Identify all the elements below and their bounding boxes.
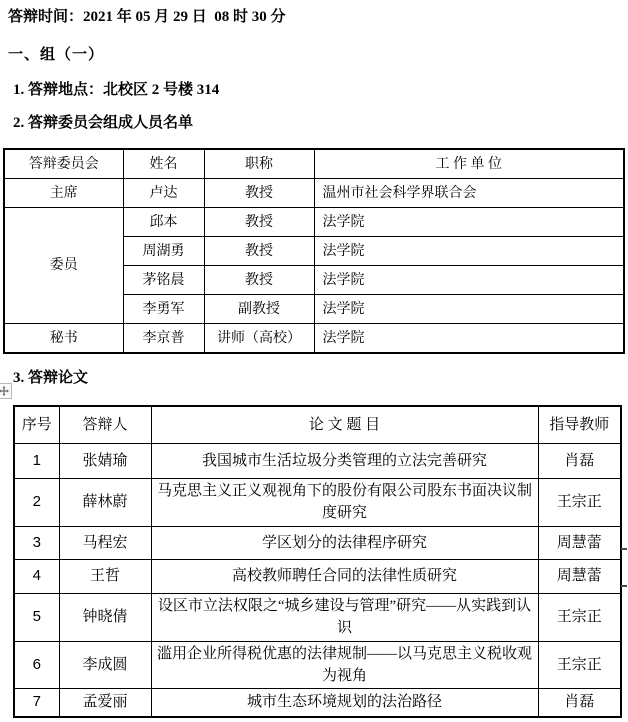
member-unit: 法学院 bbox=[314, 237, 624, 266]
thesis-advisor: 周慧蕾 bbox=[538, 526, 621, 559]
thesis-header-title: 论 文 题 目 bbox=[151, 406, 538, 443]
thesis-advisor: 肖磊 bbox=[538, 443, 621, 478]
table-row: 6 李成圆 滥用企业所得税优惠的法律规制——以马克思主义税收观为视角 王宗正 bbox=[14, 641, 621, 688]
thesis-no: 2 bbox=[14, 478, 59, 526]
thesis-no: 6 bbox=[14, 641, 59, 688]
thesis-student: 张婧瑜 bbox=[59, 443, 151, 478]
member-unit: 法学院 bbox=[314, 266, 624, 295]
thesis-header-advisor: 指导教师 bbox=[538, 406, 621, 443]
row-end-mark bbox=[621, 548, 627, 550]
thesis-title: 设区市立法权限之“城乡建设与管理”研究——从实践到认识 bbox=[151, 593, 538, 641]
committee-header-name: 姓名 bbox=[123, 149, 204, 179]
thesis-student: 马程宏 bbox=[59, 526, 151, 559]
thesis-student: 孟爱丽 bbox=[59, 688, 151, 717]
thesis-title: 马克思主义正义观视角下的股份有限公司股东书面决议制度研究 bbox=[151, 478, 538, 526]
defense-location-line: 1. 答辩地点：北校区 2 号楼 314 bbox=[13, 81, 219, 99]
member-title: 教授 bbox=[204, 208, 314, 237]
thesis-advisor: 周慧蕾 bbox=[538, 559, 621, 593]
member-unit: 法学院 bbox=[314, 295, 624, 324]
member-title: 讲师（高校） bbox=[204, 324, 314, 354]
member-name: 邱本 bbox=[123, 208, 204, 237]
member-name: 周湖勇 bbox=[123, 237, 204, 266]
thesis-list-heading: 3. 答辩论文 bbox=[13, 369, 88, 387]
table-row: 7 孟爱丽 城市生态环境规划的法治路径 肖磊 bbox=[14, 688, 621, 717]
thesis-no: 5 bbox=[14, 593, 59, 641]
thesis-student: 王哲 bbox=[59, 559, 151, 593]
row-end-mark bbox=[621, 585, 627, 587]
thesis-no: 4 bbox=[14, 559, 59, 593]
table-row: 主席 卢达 教授 温州市社会科学界联合会 bbox=[4, 179, 624, 208]
committee-header-role: 答辩委员会 bbox=[4, 149, 123, 179]
thesis-no: 3 bbox=[14, 526, 59, 559]
member-unit: 法学院 bbox=[314, 324, 624, 354]
thesis-title: 我国城市生活垃圾分类管理的立法完善研究 bbox=[151, 443, 538, 478]
member-unit: 温州市社会科学界联合会 bbox=[314, 179, 624, 208]
member-title: 副教授 bbox=[204, 295, 314, 324]
table-row: 5 钟晓倩 设区市立法权限之“城乡建设与管理”研究——从实践到认识 王宗正 bbox=[14, 593, 621, 641]
member-name: 李勇军 bbox=[123, 295, 204, 324]
table-row: 2 薛林蔚 马克思主义正义观视角下的股份有限公司股东书面决议制度研究 王宗正 bbox=[14, 478, 621, 526]
thesis-student: 李成圆 bbox=[59, 641, 151, 688]
thesis-header-row: 序号 答辩人 论 文 题 目 指导教师 bbox=[14, 406, 621, 443]
table-row: 1 张婧瑜 我国城市生活垃圾分类管理的立法完善研究 肖磊 bbox=[14, 443, 621, 478]
member-name: 卢达 bbox=[123, 179, 204, 208]
committee-role-chair: 主席 bbox=[4, 179, 123, 208]
thesis-table: 序号 答辩人 论 文 题 目 指导教师 1 张婧瑜 我国城市生活垃圾分类管理的立… bbox=[13, 405, 622, 718]
table-row: 委员 邱本 教授 法学院 bbox=[4, 208, 624, 237]
thesis-advisor: 王宗正 bbox=[538, 641, 621, 688]
member-title: 教授 bbox=[204, 237, 314, 266]
thesis-title: 学区划分的法律程序研究 bbox=[151, 526, 538, 559]
committee-role-members: 委员 bbox=[4, 208, 123, 324]
table-move-handle-icon[interactable] bbox=[0, 383, 12, 399]
thesis-advisor: 肖磊 bbox=[538, 688, 621, 717]
member-title: 教授 bbox=[204, 266, 314, 295]
committee-role-secretary: 秘书 bbox=[4, 324, 123, 354]
thesis-student: 薛林蔚 bbox=[59, 478, 151, 526]
thesis-student: 钟晓倩 bbox=[59, 593, 151, 641]
thesis-no: 1 bbox=[14, 443, 59, 478]
member-unit: 法学院 bbox=[314, 208, 624, 237]
thesis-header-no: 序号 bbox=[14, 406, 59, 443]
thesis-advisor: 王宗正 bbox=[538, 593, 621, 641]
committee-header-unit: 工 作 单 位 bbox=[314, 149, 624, 179]
thesis-advisor: 王宗正 bbox=[538, 478, 621, 526]
table-row: 秘书 李京普 讲师（高校） 法学院 bbox=[4, 324, 624, 354]
thesis-title: 城市生态环境规划的法治路径 bbox=[151, 688, 538, 717]
member-name: 李京普 bbox=[123, 324, 204, 354]
thesis-title: 滥用企业所得税优惠的法律规制——以马克思主义税收观为视角 bbox=[151, 641, 538, 688]
committee-list-heading: 2. 答辩委员会组成人员名单 bbox=[13, 114, 193, 132]
table-row: 4 王哲 高校教师聘任合同的法律性质研究 周慧蕾 bbox=[14, 559, 621, 593]
member-title: 教授 bbox=[204, 179, 314, 208]
thesis-title: 高校教师聘任合同的法律性质研究 bbox=[151, 559, 538, 593]
member-name: 茅铭晨 bbox=[123, 266, 204, 295]
committee-table: 答辩委员会 姓名 职称 工 作 单 位 主席 卢达 教授 温州市社会科学界联合会… bbox=[3, 148, 625, 354]
thesis-no: 7 bbox=[14, 688, 59, 717]
thesis-header-student: 答辩人 bbox=[59, 406, 151, 443]
group-heading: 一、组（一） bbox=[8, 46, 104, 64]
defense-time-line: 答辩时间：2021 年 05 月 29 日 08 时 30 分 bbox=[8, 8, 286, 26]
table-row: 3 马程宏 学区划分的法律程序研究 周慧蕾 bbox=[14, 526, 621, 559]
committee-header-title: 职称 bbox=[204, 149, 314, 179]
committee-header-row: 答辩委员会 姓名 职称 工 作 单 位 bbox=[4, 149, 624, 179]
